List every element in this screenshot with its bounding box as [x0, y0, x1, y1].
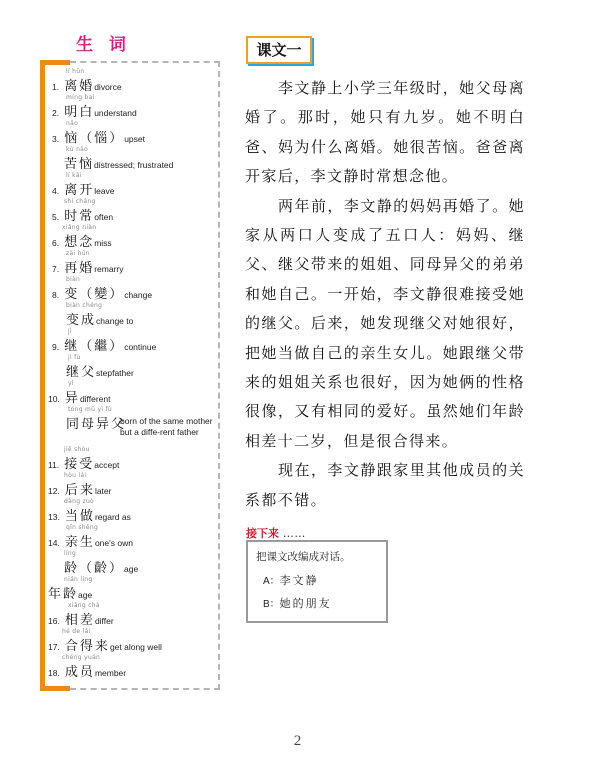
- frame-orange-left: [40, 60, 45, 691]
- task-role-a: A：李文静: [263, 572, 319, 588]
- vocab-english: understand: [94, 108, 137, 118]
- role-value: 她的朋友: [280, 597, 332, 610]
- lesson-paragraph: 现在，李文静跟家里其他成员的关系都不错。: [245, 456, 525, 515]
- vocab-item: kǔ nǎo 苦恼distressed; frustrated: [52, 146, 222, 172]
- vocab-english: leave: [94, 186, 114, 196]
- vocab-item: líng 龄（齡）age: [52, 550, 222, 576]
- vocab-item: jì 9. 继（繼）continue: [52, 328, 222, 354]
- role-key: A：: [263, 576, 280, 587]
- vocab-pinyin: jì: [68, 328, 72, 335]
- vocab-number: 11.: [48, 460, 59, 470]
- vocab-item: xiǎng niàn 6. 想念miss: [52, 224, 222, 250]
- vocab-hanzi: 后来: [65, 483, 95, 498]
- vocab-hanzi: 继父: [66, 365, 96, 380]
- vocab-number: 12.: [48, 486, 60, 496]
- vocab-pinyin: nián líng: [64, 576, 93, 583]
- vocab-english: change: [124, 290, 152, 300]
- vocab-pinyin: xiǎng niàn: [62, 224, 96, 231]
- vocab-hanzi: 异: [65, 391, 80, 406]
- vocab-number: 14.: [48, 538, 60, 548]
- vocab-english: upset: [124, 134, 145, 144]
- vocab-english: get along well: [110, 642, 162, 652]
- vocab-pinyin: qīn shēng: [66, 524, 98, 531]
- vocab-number: 6.: [52, 238, 59, 248]
- vocab-english: regard as: [95, 512, 131, 522]
- vocab-pinyin: lí hūn: [66, 68, 84, 75]
- vocab-english: age: [124, 564, 138, 574]
- vocab-number: 8.: [52, 290, 59, 300]
- vocab-hanzi: 同母异父: [66, 417, 126, 432]
- vocab-hanzi: 苦恼: [64, 157, 94, 172]
- vocab-number: 3.: [52, 134, 59, 144]
- vocab-pinyin: lí kāi: [66, 172, 82, 179]
- lesson-text: 李文静上小学三年级时，她父母离婚了。那时，她只有九岁。她不明白爸、妈为什么离婚。…: [245, 74, 525, 515]
- vocab-number: 13.: [48, 512, 60, 522]
- vocab-pinyin: zài hūn: [66, 250, 90, 257]
- frame-orange-top: [40, 60, 70, 65]
- vocab-item: zài hūn 7. 再婚remarry: [52, 250, 222, 276]
- vocab-item: nǎo 3. 恼（惱）upset: [52, 120, 222, 146]
- vocab-hanzi: 相差: [65, 613, 95, 628]
- vocab-pinyin: míng bai: [66, 94, 95, 101]
- vocab-hanzi: 明白: [64, 105, 94, 120]
- vocab-pinyin: hé de lái: [62, 628, 91, 635]
- vocab-pinyin: tóng mǔ yì fù: [68, 406, 112, 413]
- vocab-item: xiāng chà 16. 相差differ: [52, 602, 222, 628]
- vocab-english: distressed; frustrated: [94, 160, 173, 170]
- vocab-number: 16.: [48, 616, 60, 626]
- vocab-hanzi: 想念: [64, 235, 94, 250]
- next-activity-dots: ……: [283, 527, 306, 540]
- vocab-number: 17.: [48, 642, 60, 652]
- lesson-paragraph: 李文静上小学三年级时，她父母离婚了。那时，她只有九岁。她不明白爸、妈为什么离婚。…: [245, 74, 525, 192]
- vocab-pinyin: jì fù: [68, 354, 81, 361]
- vocab-english: change to: [96, 316, 133, 326]
- role-key: B：: [263, 599, 280, 610]
- vocab-hanzi: 变成: [66, 313, 96, 328]
- vocab-english: stepfather: [96, 368, 134, 378]
- vocab-item: lí kāi 4. 离开leave: [52, 172, 222, 198]
- vocabulary-list: lí hūn 1. 离婚divorce míng bai 2. 明白unders…: [52, 68, 222, 680]
- vocab-item: biàn chéng 变成change to: [52, 302, 222, 328]
- vocab-item: hé de lái 17. 合得来get along well: [52, 628, 222, 654]
- vocab-hanzi: 亲生: [65, 535, 95, 550]
- vocab-english: age: [78, 590, 92, 600]
- vocab-pinyin: dàng zuò: [64, 498, 94, 505]
- vocab-hanzi: 恼（惱）: [64, 131, 124, 146]
- next-activity-title: 接下来: [246, 527, 279, 540]
- task-instruction: 把课文改编成对话。: [256, 549, 351, 564]
- vocab-english: continue: [124, 342, 156, 352]
- vocab-hanzi: 合得来: [65, 639, 110, 654]
- vocab-hanzi: 当做: [65, 509, 95, 524]
- frame-orange-bottom: [40, 686, 70, 691]
- vocab-item: hòu lái 12. 后来later: [52, 472, 222, 498]
- vocab-pinyin: hòu lái: [64, 472, 86, 479]
- vocab-item: qīn shēng 14. 亲生one's own: [52, 524, 222, 550]
- vocab-pinyin: kǔ nǎo: [66, 146, 88, 153]
- vocab-pinyin: líng: [64, 550, 76, 557]
- vocab-item: biàn 8. 变（變）change: [52, 276, 222, 302]
- vocab-number: 2.: [52, 108, 59, 118]
- vocab-hanzi: 变（變）: [64, 287, 124, 302]
- vocab-item: yì 10. 异different: [52, 380, 222, 406]
- vocab-hanzi: 离婚: [64, 79, 94, 94]
- vocab-pinyin: nǎo: [66, 120, 78, 127]
- vocab-item: shí cháng 5. 时常often: [52, 198, 222, 224]
- vocab-english: born of the same mother but a diffe-rent…: [120, 416, 215, 438]
- next-activity-label: 接下来 ……: [246, 525, 306, 541]
- vocab-english: member: [95, 668, 126, 678]
- vocab-english: miss: [94, 238, 111, 248]
- vocab-item: lí hūn 1. 离婚divorce: [52, 68, 222, 94]
- vocab-english: one's own: [95, 538, 133, 548]
- vocab-number: 7.: [52, 264, 59, 274]
- vocab-pinyin: yì: [68, 380, 74, 387]
- vocab-item: jì fù 继父stepfather: [52, 354, 222, 380]
- vocab-number: 18.: [48, 668, 60, 678]
- vocab-hanzi: 再婚: [64, 261, 94, 276]
- vocab-english: often: [94, 212, 113, 222]
- vocab-item: jiē shòu 11. 接受accept: [52, 446, 222, 472]
- page-number: 2: [0, 733, 595, 750]
- vocab-english: later: [95, 486, 112, 496]
- vocab-number: 1.: [52, 82, 59, 92]
- vocab-pinyin: biàn chéng: [66, 302, 102, 309]
- vocab-pinyin: jiē shòu: [64, 446, 90, 453]
- vocab-hanzi: 接受: [64, 457, 94, 472]
- vocab-hanzi: 成员: [65, 665, 95, 680]
- vocab-english: remarry: [94, 264, 123, 274]
- vocab-pinyin: shí cháng: [64, 198, 96, 205]
- vocab-pinyin: xiāng chà: [68, 602, 100, 609]
- vocab-hanzi: 年龄: [48, 587, 78, 602]
- vocab-number: 10.: [48, 394, 60, 404]
- vocab-item: nián líng 年龄age: [52, 576, 222, 602]
- frame-dash-top: [70, 61, 220, 63]
- frame-dash-bottom: [70, 688, 220, 690]
- vocab-english: differ: [95, 616, 114, 626]
- lesson-title: 课文一: [246, 36, 312, 64]
- lesson-paragraph: 两年前，李文静的妈妈再婚了。她家从两口人变成了五口人：妈妈、继父、继父带来的姐姐…: [245, 192, 525, 457]
- vocab-pinyin: chéng yuán: [62, 654, 100, 661]
- task-box: 把课文改编成对话。 A：李文静 B：她的朋友: [246, 540, 388, 623]
- vocab-number: 9.: [52, 342, 59, 352]
- vocab-item: míng bai 2. 明白understand: [52, 94, 222, 120]
- vocab-number: 4.: [52, 186, 59, 196]
- vocab-hanzi: 离开: [64, 183, 94, 198]
- vocab-number: 5.: [52, 212, 59, 222]
- vocab-pinyin: biàn: [66, 276, 80, 283]
- vocab-item: chéng yuán 18. 成员member: [52, 654, 222, 680]
- role-value: 李文静: [280, 574, 319, 587]
- vocab-english: divorce: [94, 82, 121, 92]
- vocab-item: dàng zuò 13. 当做regard as: [52, 498, 222, 524]
- lesson-title-box: 课文一: [246, 36, 312, 64]
- vocab-hanzi: 时常: [64, 209, 94, 224]
- vocab-english: different: [80, 394, 111, 404]
- vocabulary-title: 生 词: [76, 30, 131, 55]
- vocab-hanzi: 继（繼）: [64, 339, 124, 354]
- vocab-english: accept: [94, 460, 119, 470]
- task-role-b: B：她的朋友: [263, 595, 332, 611]
- vocab-hanzi: 龄（齡）: [64, 561, 124, 576]
